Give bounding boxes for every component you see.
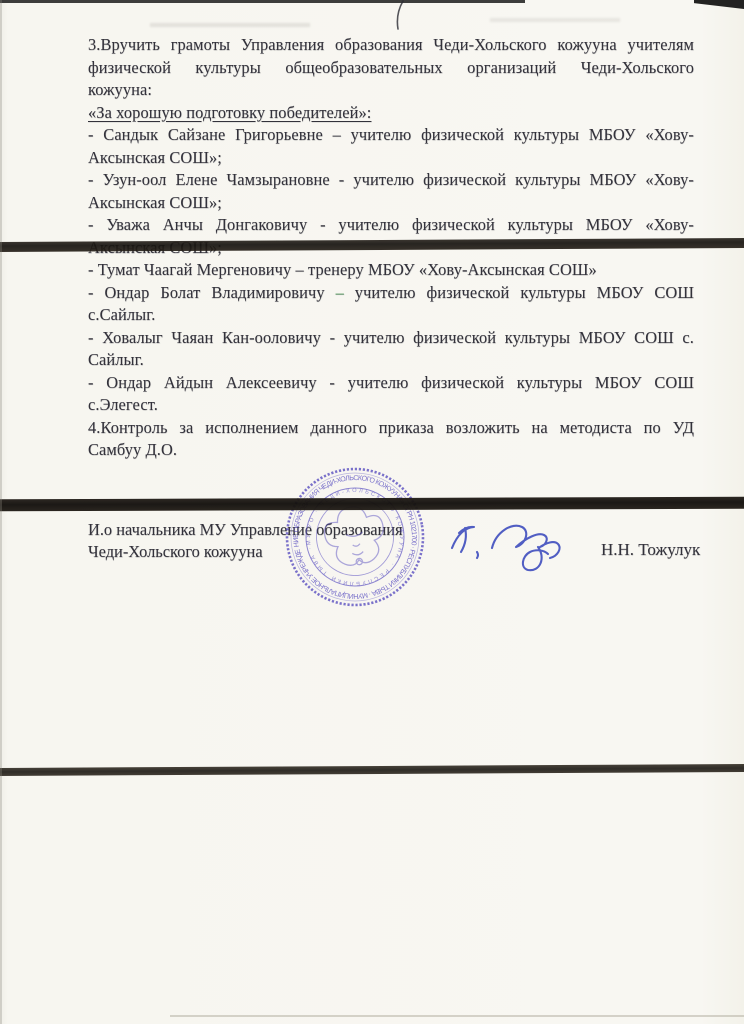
document-line: с.Сайлыг. [88, 304, 694, 327]
scan-artifact-bar [0, 764, 744, 776]
line-text: учителю физической культуры МБОУ СОШ [344, 283, 694, 302]
signatory-title-line: Чеди-Хольского кожууна [88, 541, 263, 563]
official-stamp: НИЕ ОБРАЗОВАНИЯ ЧЕДИ-ХОЛЬСКОГО КОЖУУНА» … [268, 450, 442, 624]
document-line: физической культуры общеобразовательных … [88, 57, 694, 80]
scan-faint-line [170, 1015, 744, 1017]
stamp-outer-ring-text: НИЕ ОБРАЗОВАНИЯ ЧЕДИ-ХОЛЬСКОГО КОЖУУНА» … [282, 464, 428, 610]
scan-artifact-bar [0, 497, 744, 512]
document-line: кожууна: [88, 79, 694, 102]
document-line: Аксынская СОШ»; [88, 147, 694, 170]
handwritten-signature [432, 500, 582, 580]
document-line: - Узун-оол Елене Чамзырановне - учителю … [88, 169, 694, 192]
document-line: - Тумат Чаагай Мергеновичу – тренеру МБО… [88, 259, 694, 282]
stamp-emblem [321, 502, 389, 570]
document-line-underlined: «За хорошую подготовку победителей»: [88, 102, 694, 125]
document-line: - Сандык Сайзане Григорьевне – учителю ф… [88, 124, 694, 147]
document-line: Аксынская СОШ»; [88, 192, 694, 215]
document-line: Сайлыг. [88, 349, 694, 372]
green-dash: – [336, 283, 344, 302]
document-line: - Ховалыг Чаяан Кан-ооловичу - учителю ф… [88, 327, 694, 350]
pen-mark [388, 0, 418, 32]
scan-corner-mark [694, 0, 744, 9]
signer-name: Н.Н. Тожулук [601, 539, 700, 561]
document-line: 3.Вручить грамоты Управления образования… [88, 34, 694, 57]
document-line: 4.Контроль за исполнением данного приказ… [88, 417, 694, 440]
scan-smudge [150, 23, 310, 27]
line-text: - Ондар Болат Владимировичу [88, 283, 336, 302]
scan-edge-line [0, 0, 2, 1024]
scan-smudge [490, 18, 620, 22]
scanned-document-page: 3.Вручить грамоты Управления образования… [0, 0, 744, 1024]
document-line: с.Элегест. [88, 394, 694, 417]
scan-edge-strip [0, 0, 525, 3]
document-line: - Уважа Анчы Донгаковичу - учителю физич… [88, 214, 694, 237]
document-line: - Ондар Болат Владимировичу – учителю фи… [88, 282, 694, 305]
stamp-border-ring [281, 463, 429, 611]
document-line: - Ондар Айдын Алексеевичу - учителю физи… [88, 372, 694, 395]
